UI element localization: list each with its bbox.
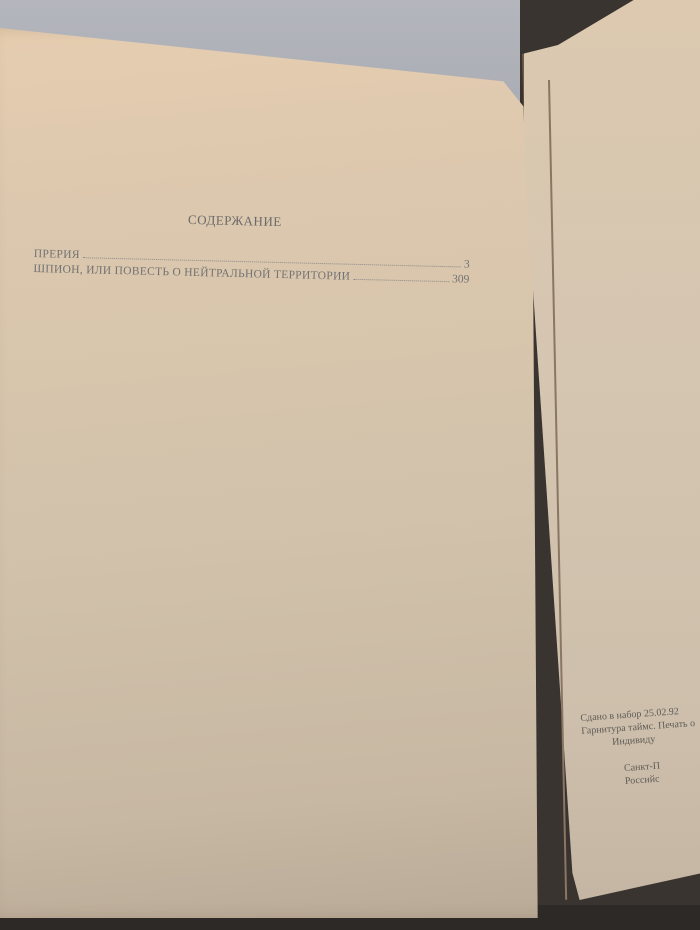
entry-title: ПРЕРИЯ: [34, 248, 80, 261]
imprint-block: Сдано в набор 25.02.92 Гарнитура таймс. …: [580, 703, 700, 791]
entry-page-number: 3: [464, 259, 470, 271]
contents-title: СОДЕРЖАНИЕ: [188, 212, 282, 230]
left-book-page: [0, 28, 572, 918]
entry-page-number: 309: [452, 273, 470, 285]
dot-leader: [353, 279, 449, 282]
